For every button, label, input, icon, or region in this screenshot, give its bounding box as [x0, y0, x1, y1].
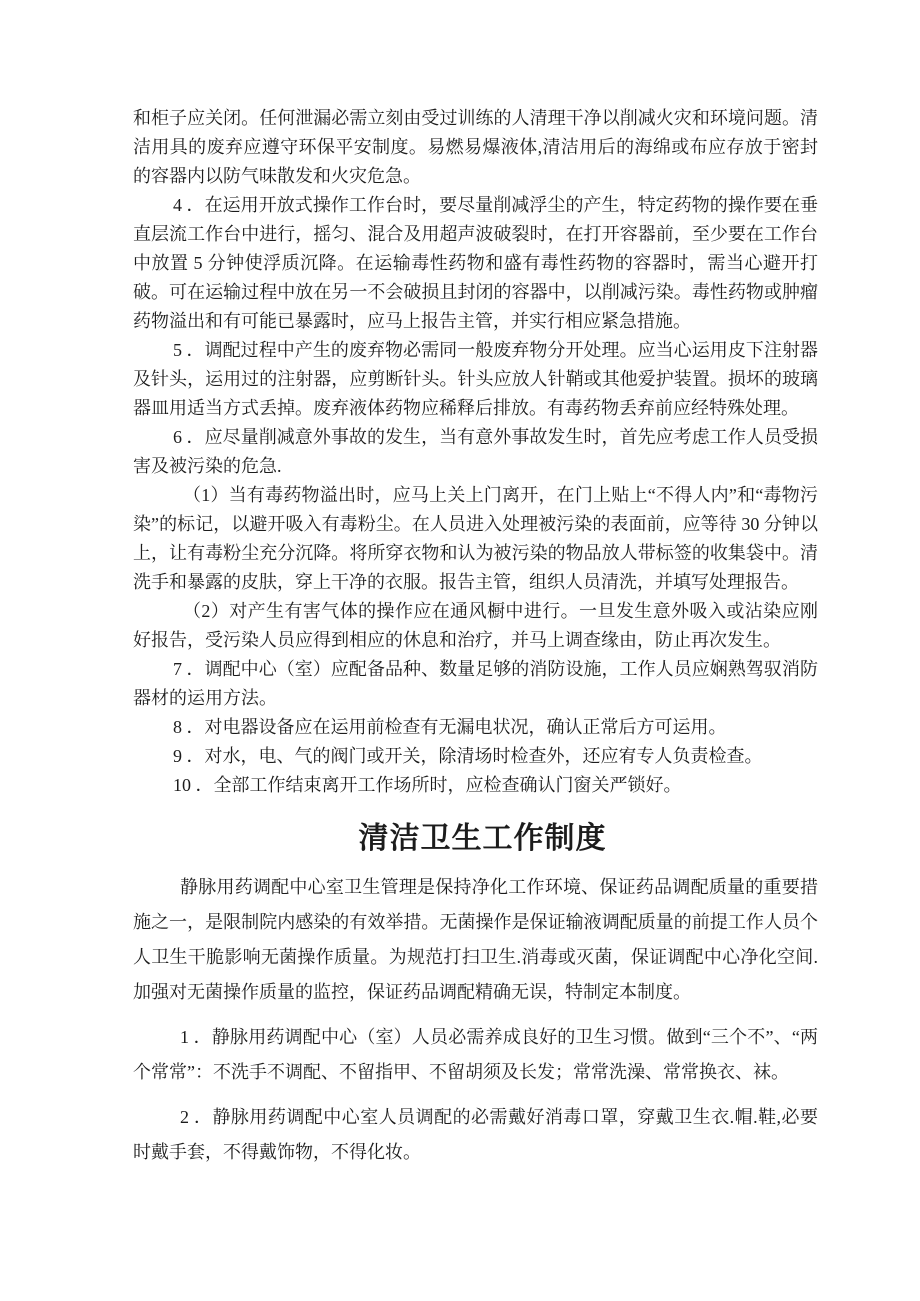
list-item-2: 2 ．静脉用药调配中心室人员调配的必需戴好消毒口罩，穿戴卫生衣.帽.鞋,必要时戴…	[133, 1100, 818, 1170]
sub-item-2: （2）对产生有害气体的操作应在通风橱中进行。一旦发生意外吸入或沾染应刚好报告，受…	[133, 597, 818, 655]
intro-paragraph: 静脉用药调配中心室卫生管理是保持净化工作环境、保证药品调配质量的重要措施之一，是…	[133, 870, 818, 1010]
list-item-8: 8 ．对电器设备应在运用前检查有无漏电状况，确认正常后方可运用。	[133, 713, 818, 742]
list-item-5: 5 ．调配过程中产生的废弃物必需同一般废弃物分开处理。应当心运用皮下注射器及针头…	[133, 336, 818, 423]
list-item-7: 7 ．调配中心（室）应配备品种、数量足够的消防设施，工作人员应娴熟驾驭消防器材的…	[133, 655, 818, 713]
paragraph-continuation: 和柜子应关闭。任何泄漏必需立刻由受过训练的人清理干净以削减火灾和环境问题。清洁用…	[133, 104, 818, 191]
list-item-1: 1 ．静脉用药调配中心（室）人员必需养成良好的卫生习惯。做到“三个不”、“两个常…	[133, 1020, 818, 1090]
list-item-9: 9 ．对水，电、气的阀门或开关，除清场时检查外，还应宥专人负责检查。	[133, 742, 818, 771]
list-item-10: 10 ．全部工作结束离开工作场所时，应检查确认门窗关严锁好。	[133, 771, 818, 800]
sub-item-1: （1）当有毒药物溢出时，应马上关上门离开，在门上贴上“不得人内”和“毒物污染”的…	[133, 481, 818, 597]
document-page: 和柜子应关闭。任何泄漏必需立刻由受过训练的人清理干净以削减火灾和环境问题。清洁用…	[0, 0, 920, 1301]
list-item-4: 4 ．在运用开放式操作工作台时，要尽量削减浮尘的产生，特定药物的操作要在垂直层流…	[133, 191, 818, 336]
list-item-6: 6 ．应尽量削减意外事故的发生，当有意外事故发生时，首先应考虑工作人员受损害及被…	[133, 423, 818, 481]
section-heading: 清洁卫生工作制度	[133, 818, 818, 860]
